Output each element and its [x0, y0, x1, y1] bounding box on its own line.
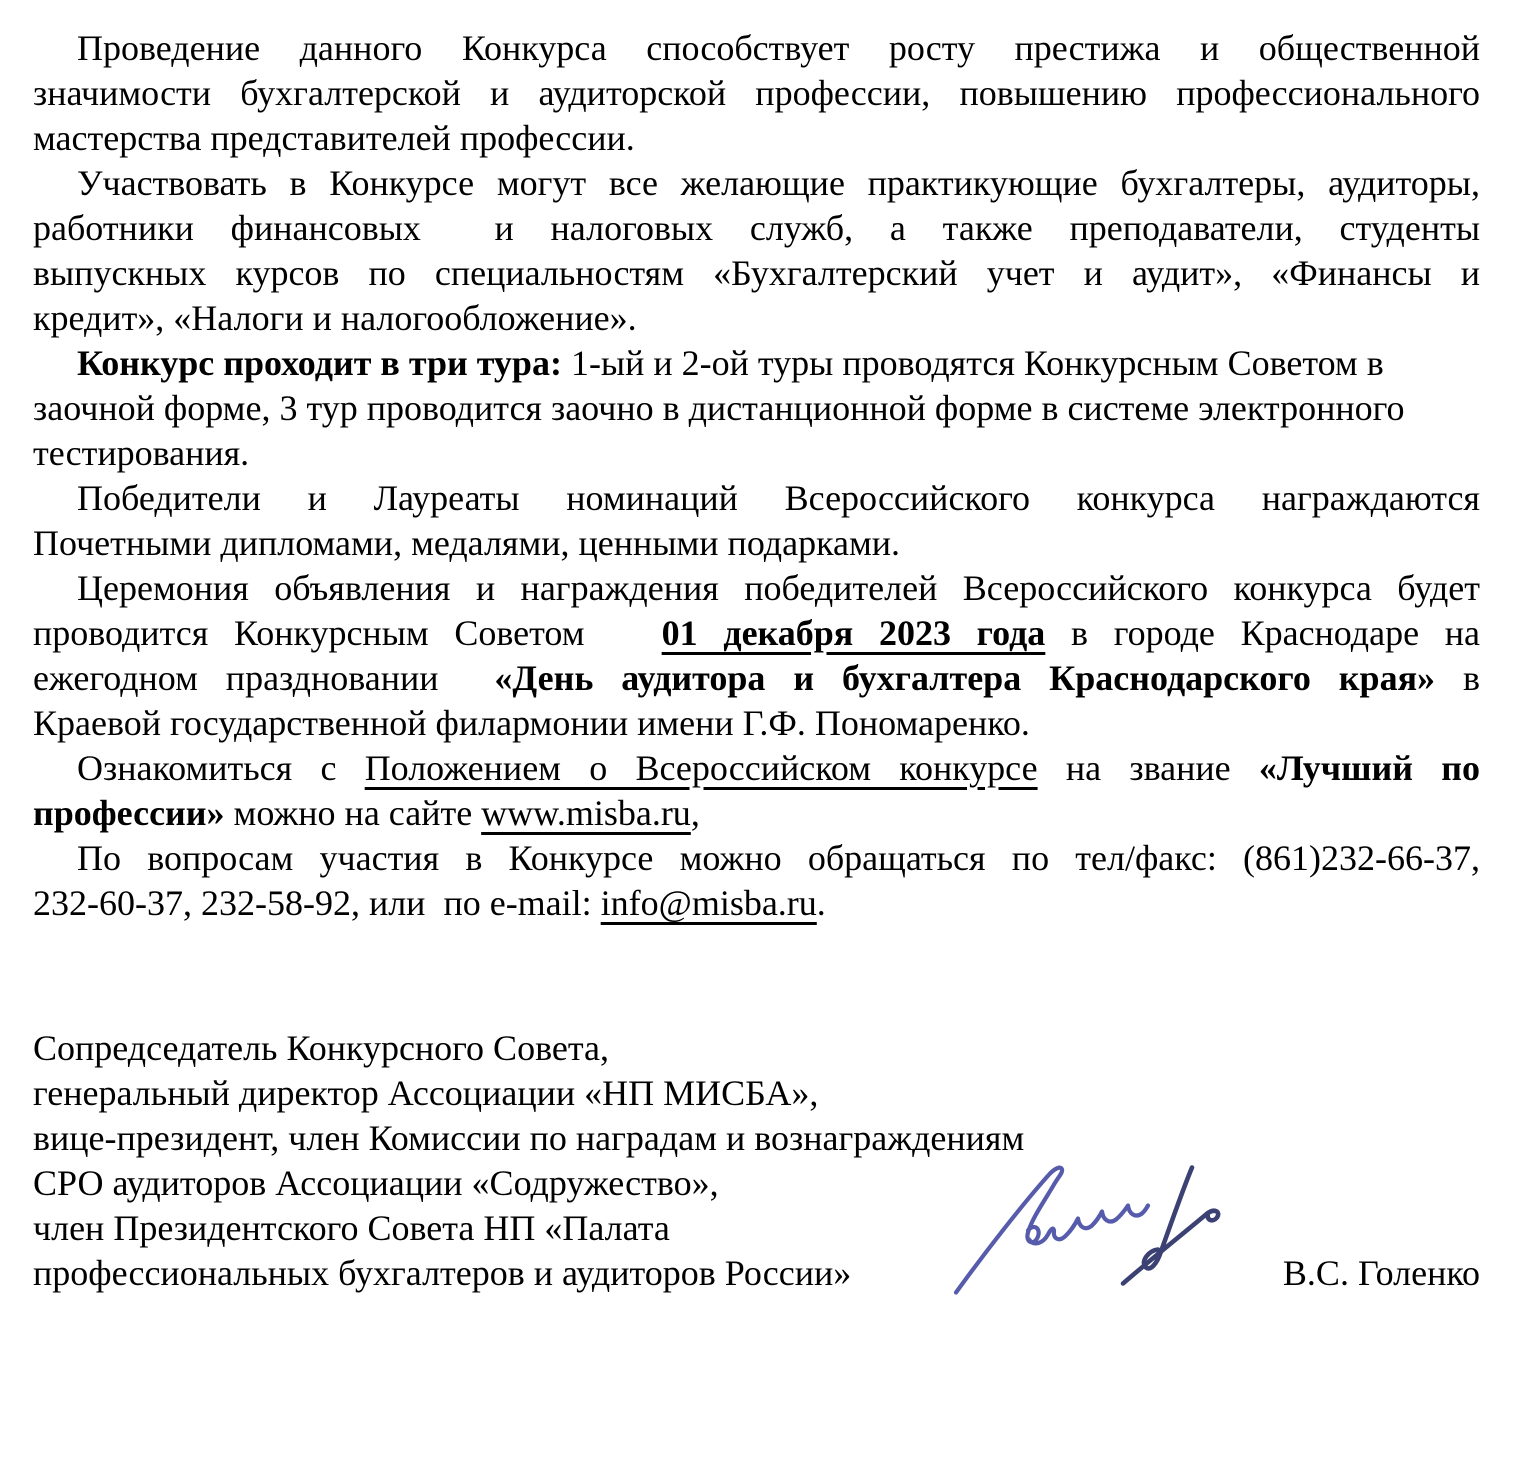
text-run: заочной форме, 3 тур проводится заочно в…	[33, 388, 1404, 428]
text-run: профессиональных бухгалтеров и аудиторов…	[33, 1253, 851, 1293]
text-run: .	[817, 883, 826, 923]
text-line: ежегодном праздновании «День аудитора и …	[33, 656, 1480, 701]
text-line: Конкурс проходит в три тура: 1-ый и 2-ой…	[33, 341, 1480, 386]
link[interactable]: info@misba.ru	[601, 883, 817, 923]
text-run: мастерства представителей профессии.	[33, 118, 635, 158]
text-run: работники финансовых и налоговых служб, …	[33, 208, 1480, 248]
text-run: генеральный директор Ассоциации «НП МИСБ…	[33, 1073, 818, 1113]
text-line: Участвовать в Конкурсе могут все желающи…	[33, 161, 1480, 206]
signature-title-line: член Президентского Совета НП «Палата	[33, 1206, 1480, 1251]
text-run: Конкурс проходит в три тура:	[77, 343, 571, 383]
text-run: 01 декабря 2023 года	[662, 613, 1046, 653]
vertical-gap	[33, 926, 1480, 1026]
document-page: Проведение данного Конкурса способствует…	[0, 0, 1514, 1311]
text-run: тестирования.	[33, 433, 249, 473]
text-line: проводится Конкурсным Советом 01 декабря…	[33, 611, 1480, 656]
text-run: выпускных курсов по специальностям «Бухг…	[33, 253, 1480, 293]
link[interactable]: www.misba.ru	[481, 793, 691, 833]
text-run: Почетными дипломами, медалями, ценными п…	[33, 523, 900, 563]
signature-titles: Сопредседатель Конкурсного Совета,генера…	[33, 1026, 1480, 1296]
signature-title-line: вице-президент, член Комиссии по награда…	[33, 1116, 1480, 1161]
text-run: член Президентского Совета НП «Палата	[33, 1208, 670, 1248]
text-run: Проведение данного Конкурса способствует…	[77, 28, 1480, 68]
text-run: По вопросам участия в Конкурсе можно обр…	[77, 838, 1480, 878]
text-line: выпускных курсов по специальностям «Бухг…	[33, 251, 1480, 296]
text-run: значимости бухгалтерской и аудиторской п…	[33, 73, 1480, 113]
text-run: в городе Краснодаре на	[1045, 613, 1480, 653]
text-run: Церемония объявления и награждения побед…	[77, 568, 1480, 608]
text-run: Сопредседатель Конкурсного Совета,	[33, 1028, 609, 1068]
link[interactable]: Положением о Всероссийском конкурсе	[365, 748, 1038, 788]
text-run: «День аудитора и бухгалтера Краснодарско…	[494, 658, 1435, 698]
text-run: ,	[691, 793, 700, 833]
text-run: 1-ый и 2-ой туры проводятся Конкурсным С…	[571, 343, 1384, 383]
text-run: Ознакомиться с	[77, 748, 365, 788]
text-line: заочной форме, 3 тур проводится заочно в…	[33, 386, 1480, 431]
signature-stroke-left	[956, 1168, 1148, 1293]
signature-section: Сопредседатель Конкурсного Совета,генера…	[33, 1026, 1480, 1311]
text-line: мастерства представителей профессии.	[33, 116, 1480, 161]
text-line: работники финансовых и налоговых служб, …	[33, 206, 1480, 251]
text-run: Победители и Лауреаты номинаций Всеросси…	[77, 478, 1480, 518]
text-line: Почетными дипломами, медалями, ценными п…	[33, 521, 1480, 566]
text-line: значимости бухгалтерской и аудиторской п…	[33, 71, 1480, 116]
text-run: Участвовать в Конкурсе могут все желающи…	[77, 163, 1480, 203]
text-run: ежегодном праздновании	[33, 658, 494, 698]
text-line: профессии» можно на сайте www.misba.ru,	[33, 791, 1480, 836]
signature-title-line: профессиональных бухгалтеров и аудиторов…	[33, 1251, 1480, 1296]
text-run: проводится Конкурсным Советом	[33, 613, 662, 653]
text-line: Победители и Лауреаты номинаций Всеросси…	[33, 476, 1480, 521]
text-run: на звание	[1038, 748, 1259, 788]
text-line: тестирования.	[33, 431, 1480, 476]
text-run: СРО аудиторов Ассоциации «Содружество»,	[33, 1163, 719, 1203]
signature-title-line: СРО аудиторов Ассоциации «Содружество»,	[33, 1161, 1480, 1206]
signature-title-line: Сопредседатель Конкурсного Совета,	[33, 1026, 1480, 1071]
text-run: можно на сайте	[225, 793, 482, 833]
text-run: Краевой государственной филармонии имени…	[33, 703, 1030, 743]
text-run: «Лучший по	[1259, 748, 1480, 788]
signature-title-line: генеральный директор Ассоциации «НП МИСБ…	[33, 1071, 1480, 1116]
text-line: Проведение данного Конкурса способствует…	[33, 26, 1480, 71]
text-run: вице-президент, член Комиссии по награда…	[33, 1118, 1024, 1158]
text-line: По вопросам участия в Конкурсе можно обр…	[33, 836, 1480, 881]
text-run: кредит», «Налоги и налогообложение».	[33, 298, 637, 338]
text-line: Ознакомиться с Положением о Всероссийско…	[33, 746, 1480, 791]
signatory-name: В.С. Голенко	[1283, 1251, 1480, 1296]
text-line: кредит», «Налоги и налогообложение».	[33, 296, 1480, 341]
text-run: 232-60-37, 232-58-92, или по e-mail:	[33, 883, 601, 923]
signature-stroke-right	[1123, 1168, 1218, 1284]
handwritten-signature-image	[930, 1154, 1260, 1329]
text-line: 232-60-37, 232-58-92, или по e-mail: inf…	[33, 881, 1480, 926]
text-run: в	[1435, 658, 1480, 698]
document-body-text: Проведение данного Конкурса способствует…	[33, 26, 1480, 926]
text-line: Церемония объявления и награждения побед…	[33, 566, 1480, 611]
text-run: профессии»	[33, 793, 225, 833]
text-line: Краевой государственной филармонии имени…	[33, 701, 1480, 746]
